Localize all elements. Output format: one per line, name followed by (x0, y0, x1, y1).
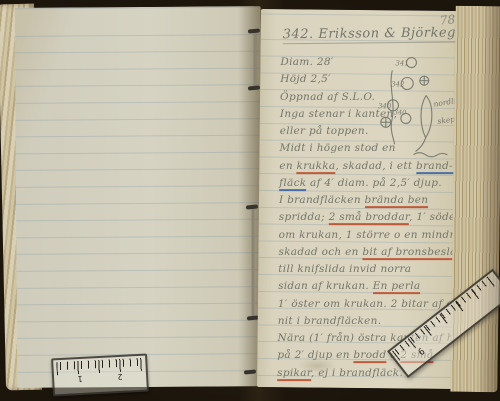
ruled-lines-left (15, 6, 264, 388)
handwriting-line: I brandfläcken brända ben (279, 192, 455, 209)
sketch-label: 340 (394, 108, 407, 116)
binding-thread-top (254, 32, 256, 88)
binding-thread-bottom (252, 208, 254, 318)
notebook-photo: 78 342. Eriksson & Björkegren Diam. 28′H… (0, 0, 500, 401)
sketch-label: 340 (378, 102, 392, 110)
sketch-label: 342 (391, 80, 405, 88)
handwriting-line: spridda; 2 små broddar, 1′ söder (279, 209, 455, 226)
scribble (413, 153, 447, 157)
handwriting-line: till knifslida invid norra (278, 261, 454, 278)
handwriting-line: sidan af krukan. En perla (278, 278, 454, 295)
entry-heading: 342. Eriksson & Björkegren (283, 25, 480, 44)
ruler-number: 2 (117, 372, 122, 381)
sketch-label: 341 (395, 59, 408, 67)
handwriting-line: om krukan, 1 större o en mindre, (279, 227, 455, 244)
ruler-bottom-left: 2 1 (51, 354, 149, 397)
ruler-number: 9 (415, 345, 425, 356)
paper-stain (297, 357, 337, 373)
handwriting-line: 1′ öster om krukan. 2 bitar af en (278, 296, 454, 313)
left-page (15, 6, 264, 388)
handwriting-line: skadad och en bit af bronsbeslag (278, 244, 454, 261)
ship-outline (421, 96, 432, 138)
ruler-number: 1 (78, 374, 83, 383)
